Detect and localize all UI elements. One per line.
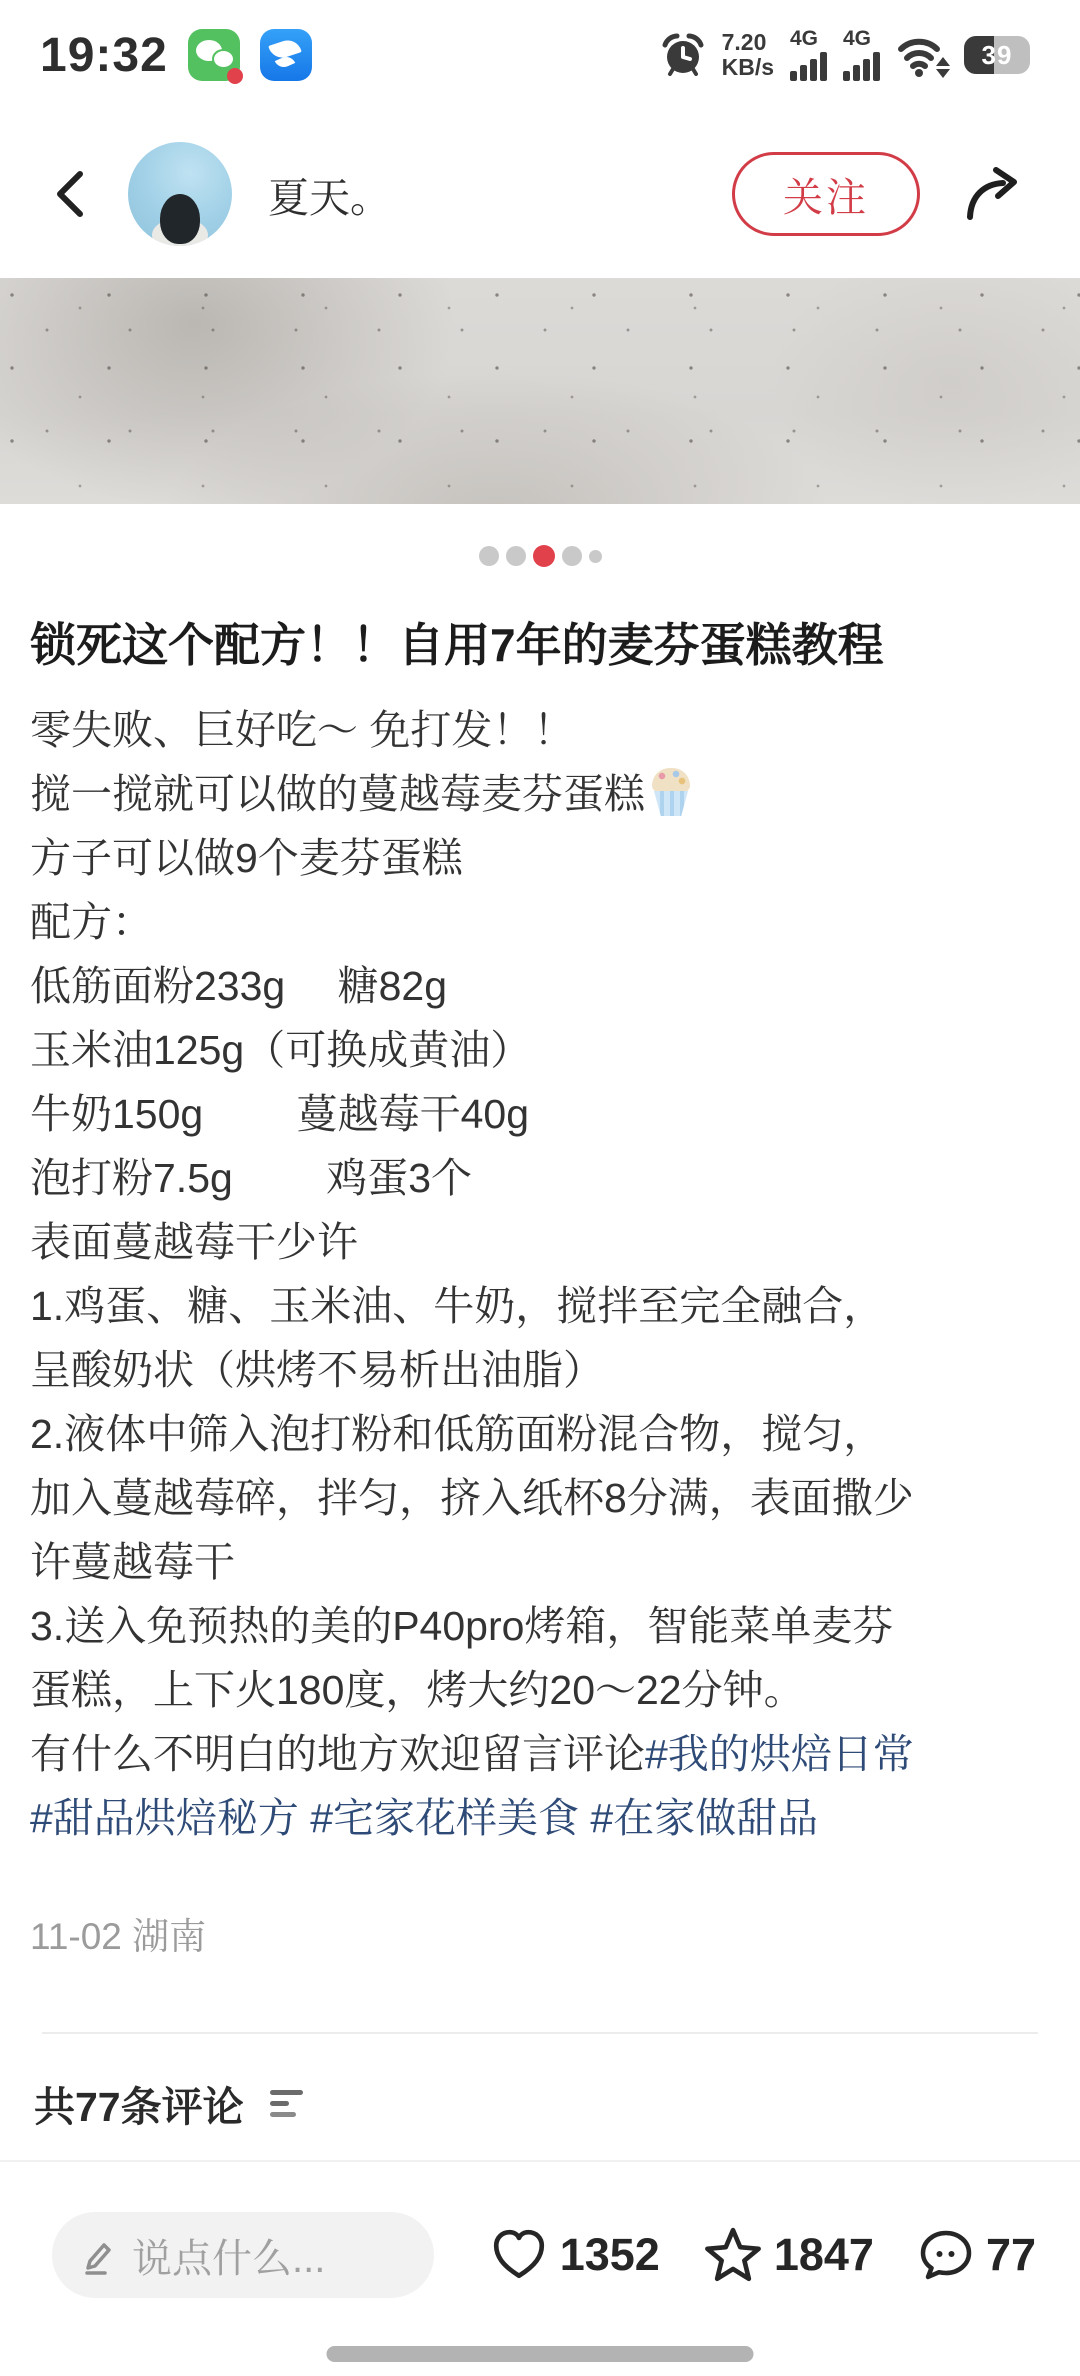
note-text-line: 呈酸奶状（烘烤不易析出油脂） <box>30 1338 1050 1402</box>
note-text-line: 配方： <box>30 890 1050 954</box>
clock-time: 19:32 <box>40 28 168 83</box>
date-location: 11-02 湖南 <box>0 1906 1080 1960</box>
author-username[interactable]: 夏天。 <box>268 165 391 224</box>
hashtag-link[interactable]: #我的烘焙日常 <box>645 1731 914 1777</box>
status-bar: 19:32 7.20 KB/s 4G 4G <box>0 0 1080 110</box>
carousel-dot <box>479 546 499 566</box>
like-button[interactable]: 1352 <box>490 2228 660 2282</box>
heart-icon <box>490 2228 548 2282</box>
note-text-line: 方子可以做9个麦芬蛋糕 <box>30 826 1050 890</box>
nav-bar: 夏天。 关注 <box>0 110 1080 278</box>
battery-indicator: 39 <box>964 36 1030 74</box>
star-icon <box>704 2226 762 2284</box>
home-indicator[interactable] <box>327 2346 754 2362</box>
note-text-line: #甜品烘焙秘方 #宅家花样美食 #在家做甜品 <box>30 1786 1050 1850</box>
note-text: 方子可以做9个麦芬蛋糕 <box>30 835 463 881</box>
note-text: 加入蔓越莓碎，拌匀，挤入纸杯8分满，表面撒少 <box>30 1475 914 1521</box>
network-speed: 7.20 KB/s <box>722 30 774 80</box>
note-text-line: 表面蔓越莓干少许 <box>30 1210 1050 1274</box>
comment-input[interactable]: 说点什么... <box>52 2212 434 2298</box>
carousel-dot <box>562 546 582 566</box>
comment-placeholder: 说点什么... <box>132 2227 325 2284</box>
note-text-line: 搅一搅就可以做的蔓越莓麦芬蛋糕 <box>30 762 1050 826</box>
note-text-line: 3.送入免预热的美的P40pro烤箱，智能菜单麦芬 <box>30 1594 1050 1658</box>
carousel-dot <box>533 545 555 567</box>
note-text: 低筋面粉233g 糖82g <box>30 963 447 1009</box>
note-text: 蛋糕，上下火180度，烤大约20～22分钟。 <box>30 1667 805 1713</box>
note-text: 泡打粉7.5g 鸡蛋3个 <box>30 1155 472 1201</box>
pencil-icon <box>78 2234 116 2276</box>
carousel-dot <box>589 550 602 563</box>
note-text-line: 牛奶150g 蔓越莓干40g <box>30 1082 1050 1146</box>
share-button[interactable] <box>962 164 1024 224</box>
carousel-dots <box>0 544 1080 568</box>
sim2-signal: 4G <box>843 29 880 81</box>
note-text-line: 蛋糕，上下火180度，烤大约20～22分钟。 <box>30 1658 1050 1722</box>
author-avatar[interactable] <box>128 142 232 246</box>
note-text-line: 2.液体中筛入泡打粉和低筋面粉混合物，搅匀， <box>30 1402 1050 1466</box>
note-text-line: 零失败、巨好吃～ 免打发！！ <box>30 698 1050 762</box>
note-text: 玉米油125g（可换成黄油） <box>30 1027 531 1073</box>
note-text-line: 有什么不明白的地方欢迎留言评论#我的烘焙日常 <box>30 1722 1050 1786</box>
note-text: 零失败、巨好吃～ 免打发！！ <box>30 707 574 753</box>
alarm-icon <box>660 32 706 78</box>
notification-badge <box>227 68 243 84</box>
note-text: 1.鸡蛋、糖、玉米油、牛奶，搅拌至完全融合， <box>30 1283 884 1329</box>
hashtag-link[interactable]: #甜品烘焙秘方 #宅家花样美食 #在家做甜品 <box>30 1795 818 1841</box>
collect-button[interactable]: 1847 <box>704 2226 874 2284</box>
share-arrow-icon <box>962 165 1024 223</box>
note-text: 有什么不明白的地方欢迎留言评论 <box>30 1731 645 1777</box>
note-text: 许蔓越莓干 <box>30 1539 235 1585</box>
note-text: 牛奶150g 蔓越莓干40g <box>30 1091 529 1137</box>
comment-sort-icon[interactable] <box>270 2090 303 2117</box>
note-text-line: 1.鸡蛋、糖、玉米油、牛奶，搅拌至完全融合， <box>30 1274 1050 1338</box>
note-text-line: 许蔓越莓干 <box>30 1530 1050 1594</box>
note-text: 搅一搅就可以做的蔓越莓麦芬蛋糕 <box>30 771 645 817</box>
sim1-signal: 4G <box>790 29 827 81</box>
back-chevron-icon <box>50 168 90 220</box>
bottom-action-bar: 说点什么... 1352 1847 <box>0 2160 1080 2376</box>
dingtalk-icon <box>260 29 312 81</box>
app-screen: 19:32 7.20 KB/s 4G 4G <box>0 0 1080 2376</box>
divider <box>42 2032 1038 2034</box>
wechat-icon <box>188 29 240 81</box>
status-bar-right: 7.20 KB/s 4G 4G <box>660 29 1030 81</box>
note-text-line: 泡打粉7.5g 鸡蛋3个 <box>30 1146 1050 1210</box>
like-count: 1352 <box>560 2229 660 2281</box>
comment-count: 77 <box>986 2229 1036 2281</box>
note-text: 3.送入免预热的美的P40pro烤箱，智能菜单麦芬 <box>30 1603 893 1649</box>
note-title: 锁死这个配方！！自用7年的麦芬蛋糕教程 <box>0 612 1080 678</box>
note-body: 零失败、巨好吃～ 免打发！！搅一搅就可以做的蔓越莓麦芬蛋糕方子可以做9个麦芬蛋糕… <box>0 698 1080 1850</box>
follow-button[interactable]: 关注 <box>732 152 920 236</box>
note-text: 表面蔓越莓干少许 <box>30 1219 358 1265</box>
collect-count: 1847 <box>774 2229 874 2281</box>
note-text-line: 低筋面粉233g 糖82g <box>30 954 1050 1018</box>
note-text: 配方： <box>30 899 153 945</box>
battery-percent: 39 <box>964 36 1030 74</box>
back-button[interactable] <box>50 166 94 222</box>
carousel-dot <box>506 546 526 566</box>
comment-button[interactable]: 77 <box>918 2228 1036 2282</box>
note-text-line: 玉米油125g（可换成黄油） <box>30 1018 1050 1082</box>
cupcake-emoji <box>649 768 693 816</box>
note-text: 呈酸奶状（烘烤不易析出油脂） <box>30 1347 604 1393</box>
comment-bubble-icon <box>918 2228 974 2282</box>
note-text: 2.液体中筛入泡打粉和低筋面粉混合物，搅匀， <box>30 1411 884 1457</box>
post-image[interactable] <box>0 278 1080 504</box>
note-text-line: 加入蔓越莓碎，拌匀，挤入纸杯8分满，表面撒少 <box>30 1466 1050 1530</box>
comments-count: 共77条评论 <box>34 2074 244 2133</box>
comments-header: 共77条评论 <box>0 2074 1080 2133</box>
wifi-icon <box>896 32 948 78</box>
